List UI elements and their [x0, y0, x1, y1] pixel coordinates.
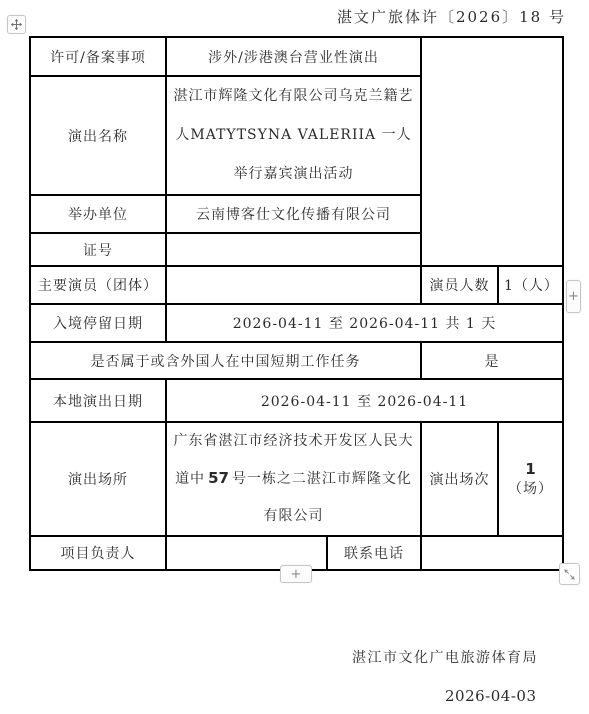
table-row: 主要演员（团体） 演员人数 1（人） [30, 266, 563, 304]
contact-phone-label[interactable]: 联系电话 [327, 536, 421, 570]
session-count-number: 1 [525, 460, 535, 478]
add-row-button[interactable]: + [280, 565, 312, 583]
table-row: 是否属于或含外国人在中国短期工作任务 是 [30, 342, 563, 379]
certificate-no-label[interactable]: 证号 [30, 233, 166, 266]
performer-count-value[interactable]: 1（人） [498, 266, 563, 304]
venue-value-part2: 号一栋之二湛江市辉隆文化有限公司 [232, 471, 412, 524]
session-count-value-cell[interactable]: 1（场） [498, 422, 563, 536]
permit-item-value[interactable]: 涉外/涉港澳台营业性演出 [166, 37, 421, 76]
main-performers-label[interactable]: 主要演员（团体） [30, 266, 166, 304]
main-performers-value[interactable] [166, 266, 421, 304]
table-row: 本地演出日期 2026-04-11 至 2026-04-11 [30, 379, 563, 422]
local-performance-dates-value[interactable]: 2026-04-11 至 2026-04-11 [166, 379, 563, 422]
table-row: 许可/备案事项 涉外/涉港澳台营业性演出 [30, 37, 563, 76]
venue-label[interactable]: 演出场所 [30, 422, 166, 536]
session-count-unit: （场） [508, 481, 553, 497]
table-row: 入境停留日期 2026-04-11 至 2026-04-11 共 1 天 [30, 304, 563, 342]
entry-stay-dates-value[interactable]: 2026-04-11 至 2026-04-11 共 1 天 [166, 304, 563, 342]
organizer-value[interactable]: 云南博客仕文化传播有限公司 [166, 195, 421, 233]
project-manager-label[interactable]: 项目负责人 [30, 536, 166, 570]
performance-name-label[interactable]: 演出名称 [30, 76, 166, 195]
plus-icon: + [291, 568, 302, 581]
performance-name-value[interactable]: 湛江市辉隆文化有限公司乌克兰籍艺人MATYTSYNA VALERIIA 一人举行… [166, 76, 421, 195]
entry-stay-dates-label[interactable]: 入境停留日期 [30, 304, 166, 342]
venue-value-number: 57 [208, 469, 229, 487]
plus-icon: + [568, 290, 579, 303]
venue-value-cell[interactable]: 广东省湛江市经济技术开发区人民大道中57号一栋之二湛江市辉隆文化有限公司 [166, 422, 421, 536]
move-icon [10, 18, 23, 31]
performer-count-label[interactable]: 演员人数 [421, 266, 498, 304]
contact-phone-value[interactable] [421, 536, 563, 570]
local-performance-dates-label[interactable]: 本地演出日期 [30, 379, 166, 422]
table-row: 演出场所 广东省湛江市经济技术开发区人民大道中57号一栋之二湛江市辉隆文化有限公… [30, 422, 563, 536]
table-resize-handle[interactable] [559, 563, 580, 585]
photo-cell[interactable] [421, 37, 563, 266]
certificate-no-value[interactable] [166, 233, 421, 266]
session-count-label[interactable]: 演出场次 [421, 422, 498, 536]
document-number: 湛文广旅体许〔2026〕18 号 [337, 6, 566, 27]
short-term-work-value[interactable]: 是 [421, 342, 563, 379]
permit-item-label[interactable]: 许可/备案事项 [30, 37, 166, 76]
diagonal-resize-icon [563, 568, 576, 581]
issuing-authority: 湛江市文化广电旅游体育局 [352, 647, 538, 667]
add-column-button[interactable]: + [566, 280, 581, 313]
short-term-work-label[interactable]: 是否属于或含外国人在中国短期工作任务 [30, 342, 421, 379]
permit-table: 许可/备案事项 涉外/涉港澳台营业性演出 演出名称 湛江市辉隆文化有限公司乌克兰… [29, 36, 564, 571]
organizer-label[interactable]: 举办单位 [30, 195, 166, 233]
table-move-handle[interactable] [7, 15, 26, 34]
document-page: 湛文广旅体许〔2026〕18 号 许可/备案事项 涉外/涉港澳台营业性演出 演出… [0, 0, 589, 714]
issue-date: 2026-04-03 [445, 687, 536, 705]
